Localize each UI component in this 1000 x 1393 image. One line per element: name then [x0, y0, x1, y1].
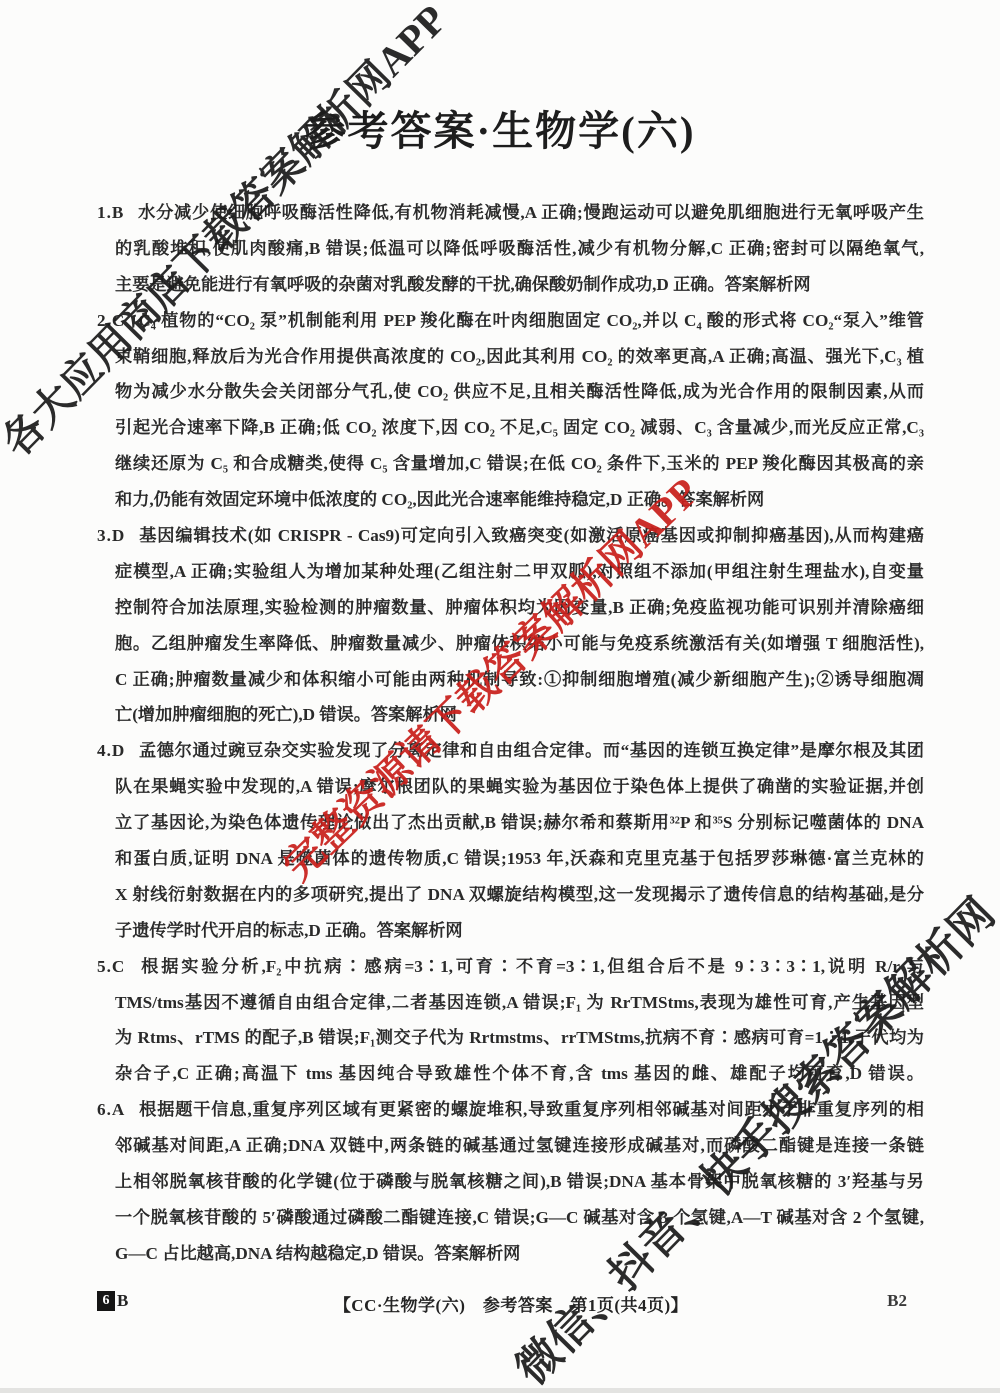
answer-3-D-line-4: 胞。乙组肿瘤发生率降低、肿瘤数量减少、肿瘤体积缩小可能与免疫系统激活有关(如增强… [97, 626, 924, 662]
answer-3-D-line-1: 3.D基因编辑技术(如 CRISPR - Cas9)可定向引入致癌突变(如激活原… [97, 518, 924, 554]
answer-5-C-line-4: 杂合子,C 正确;高温下 tms 基因纯合导致雄性个体不育,含 tms 基因的雌… [97, 1056, 924, 1092]
answer-2-C-line-6: 和力,仍能有效固定环境中低浓度的 CO₂,因此光合速率能维持稳定,D 正确。答案… [97, 482, 924, 518]
answer-label: 5.C [97, 957, 125, 976]
answer-4-D-line-3: 立了基因论,为染色体遗传理论做出了杰出贡献,B 错误;赫尔希和蔡斯用³²P 和³… [97, 805, 924, 841]
answer-4-D-line-2: 队在果蝇实验中发现的,A 错误;摩尔根团队的果蝇实验为基因位于染色体上提供了确凿… [97, 769, 924, 805]
answer-label: 1.B [97, 203, 124, 222]
footer-page-code: B2 [887, 1291, 907, 1311]
answer-6-A-line-5: G—C 占比越高,DNA 结构越稳定,D 错误。答案解析网 [97, 1236, 924, 1272]
footer-title: 【CC·生物学(六) 参考答案 第1页(共4页)】 [97, 1291, 925, 1316]
answer-3-D-line-3: 控制符合加法原理,实验检测的肿瘤数量、肿瘤体积均为因变量,B 正确;免疫监视功能… [97, 590, 924, 626]
answer-6-A-line-3: 上相邻脱氧核苷酸的化学键(位于磷酸与脱氧核糖之间),B 错误;DNA 基本骨架中… [97, 1164, 924, 1200]
answer-5-C-line-1: 5.C根据实验分析,F₂中抗病∶感病=3∶1,可育∶不育=3∶1,但组合后不是 … [97, 949, 924, 985]
answer-4-D-line-1: 4.D孟德尔通过豌豆杂交实验发现了分离定律和自由组合定律。而“基因的连锁互换定律… [97, 733, 924, 769]
answer-6-A-line-2: 邻碱基对间距,A 正确;DNA 双链中,两条链的碱基通过氢键连接形成碱基对,而磷… [97, 1128, 924, 1164]
answer-2-C-line-5: 继续还原为 C₅ 和合成糖类,使得 C₅ 含量增加,C 错误;在低 CO₂ 条件… [97, 446, 924, 482]
page-footer: 6B 【CC·生物学(六) 参考答案 第1页(共4页)】 B2 [97, 1291, 925, 1313]
answer-6-A-line-1: 6.A根据题干信息,重复序列区域有更紧密的螺旋堆积,导致重复序列相邻碱基对间距小… [97, 1092, 924, 1128]
scan-bottom-edge [0, 1388, 1000, 1393]
scanned-answer-sheet-page: 参考答案·生物学(六) 1.B水分减少使细胞呼吸酶活性降低,有机物消耗减慢,A … [0, 0, 1000, 1393]
answer-3-D-line-6: 亡(增加肿瘤细胞的死亡),D 错误。答案解析网 [97, 697, 924, 733]
answer-2-C-line-3: 物为减少水分散失会关闭部分气孔,使 CO₂ 供应不足,且相关酶活性降低,成为光合… [97, 374, 924, 410]
answers-list: 1.B水分减少使细胞呼吸酶活性降低,有机物消耗减慢,A 正确;慢跑运动可以避免肌… [97, 195, 924, 1272]
answer-2-C-line-4: 引起光合速率下降,B 正确;低 CO₂ 浓度下,因 CO₂ 不足,C₅ 固定 C… [97, 410, 924, 446]
answer-label: 4.D [97, 741, 125, 760]
answer-4-D-line-4: 和蛋白质,证明 DNA 是噬菌体的遗传物质,C 错误;1953 年,沃森和克里克… [97, 841, 924, 877]
answer-1-B-line-3: 主要是避免能进行有氧呼吸的杂菌对乳酸发酵的干扰,确保酸奶制作成功,D 正确。答案… [97, 267, 924, 303]
answer-3-D-line-2: 症模型,A 正确;实验组人为增加某种处理(乙组注射二甲双胍),对照组不添加(甲组… [97, 554, 924, 590]
answer-label: 6.A [97, 1100, 125, 1119]
answer-1-B-line-2: 的乳酸堆积,使肌肉酸痛,B 错误;低温可以降低呼吸酶活性,减少有机物分解,C 正… [97, 231, 924, 267]
answer-label: 3.D [97, 526, 125, 545]
answer-2-C-line-2: 束鞘细胞,释放后为光合作用提供高浓度的 CO₂,因此其利用 CO₂ 的效率更高,… [97, 339, 924, 375]
answer-5-C-line-3: 为 Rtms、rTMS 的配子,B 错误;F₁测交子代为 Rrtmstms、rr… [97, 1020, 924, 1056]
answer-5-C-line-2: TMS/tms基因不遵循自由组合定律,二者基因连锁,A 错误;F₁ 为 RrTM… [97, 985, 924, 1021]
answer-6-A-line-4: 一个脱氧核苷酸的 5′磷酸通过磷酸二酯键连接,C 错误;G—C 碱基对含 3 个… [97, 1200, 924, 1236]
answer-4-D-line-5: X 射线衍射数据在内的多项研究,提出了 DNA 双螺旋结构模型,这一发现揭示了遗… [97, 877, 924, 913]
answer-4-D-line-6: 子遗传学时代开启的标志,D 正确。答案解析网 [97, 913, 924, 949]
answer-3-D-line-5: C 正确;肿瘤数量减少和体积缩小可能由两种机制导致:①抑制细胞增殖(减少新细胞产… [97, 662, 924, 698]
page-title: 参考答案·生物学(六) [0, 98, 1000, 157]
answer-1-B-line-1: 1.B水分减少使细胞呼吸酶活性降低,有机物消耗减慢,A 正确;慢跑运动可以避免肌… [97, 195, 924, 231]
answer-2-C-line-1: 2.CC₄ 植物的“CO₂ 泵”机制能利用 PEP 羧化酶在叶肉细胞固定 CO₂… [97, 303, 924, 339]
answer-label: 2.C [97, 311, 125, 330]
